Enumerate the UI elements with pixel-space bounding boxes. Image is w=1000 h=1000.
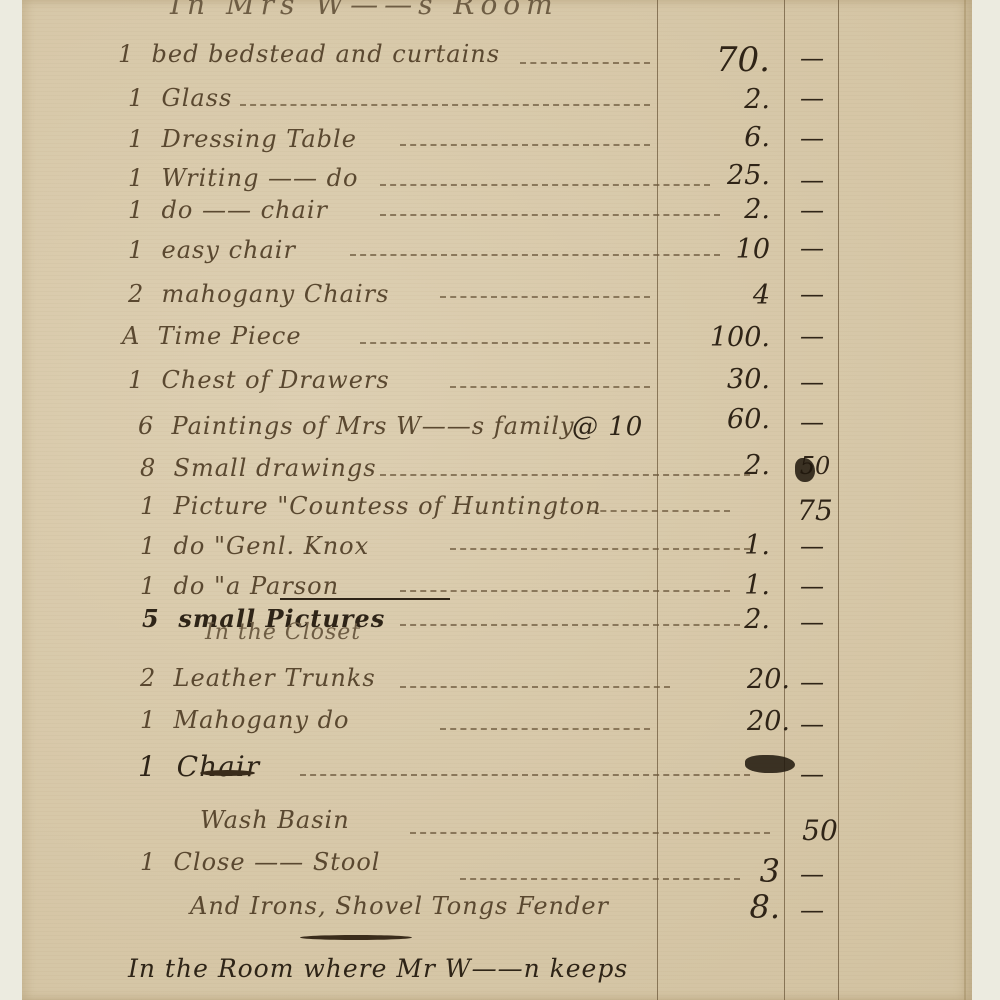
amount-cents: 50 [795, 814, 845, 847]
row-7: 2 mahogany Chairs [128, 280, 389, 308]
leader-dots [440, 296, 650, 298]
amount-dollars: 70. [660, 40, 770, 80]
amount-cents: — [787, 760, 837, 788]
row-14: 1 do "a Parson [140, 572, 339, 600]
leader-dots [240, 104, 650, 106]
amount-dollars: 2. [660, 194, 770, 225]
amount-cents: — [787, 124, 837, 152]
leader-dots [450, 386, 650, 388]
leader-dots [360, 342, 650, 344]
amount-dollars: 4 [660, 280, 770, 311]
leader-dots [520, 62, 650, 64]
leader-dots [400, 144, 650, 146]
ink-strike [200, 770, 255, 776]
amount-cents: — [787, 896, 837, 924]
amount-cents: — [787, 668, 837, 696]
amount-dollars: 3 [670, 852, 780, 890]
leader-dots [590, 510, 730, 512]
row-2: 1 Glass [128, 84, 232, 112]
section-heading: In Mrs W——s Room [170, 0, 559, 21]
leader-dots [410, 832, 770, 834]
amount-cents: — [787, 196, 837, 224]
amount-dollars: 10 [660, 234, 770, 265]
amount-dollars: 20. [680, 664, 790, 695]
row-21: And Irons, Shovel Tongs Fender [190, 892, 609, 920]
amount-cents: — [787, 608, 837, 636]
amount-cents: — [787, 368, 837, 396]
section-divider-flourish [300, 935, 412, 940]
row-12: 1 Picture "Countess of Huntington [140, 492, 602, 520]
amount-cents: — [787, 166, 837, 194]
amount-dollars: 20. [680, 706, 790, 737]
amount-dollars: 2. [660, 450, 770, 481]
subsection-heading: In the Closet [205, 620, 361, 645]
column-rule-left [657, 0, 658, 1000]
row-16: 2 Leather Trunks [140, 664, 376, 692]
amount-dollars: 8. [670, 888, 780, 926]
amount-dollars: 2. [660, 84, 770, 115]
amount-dollars: 6. [660, 122, 770, 153]
amount-dollars: 2. [660, 604, 770, 635]
row-13: 1 do "Genl. Knox [140, 532, 369, 560]
amount-cents: — [787, 572, 837, 600]
amount-cents: — [787, 84, 837, 112]
row-5: 1 do —— chair [128, 196, 328, 224]
row-3: 1 Dressing Table [128, 125, 357, 153]
row-6: 1 easy chair [128, 236, 296, 264]
amount-dollars: 60. [660, 404, 770, 435]
row-1: 1 bed bedstead and curtains [118, 40, 500, 68]
amount-cents: — [787, 44, 837, 72]
amount-cents: — [787, 710, 837, 738]
row-17: 1 Mahogany do [140, 706, 349, 734]
leader-dots [400, 686, 670, 688]
row-19: Wash Basin [200, 806, 350, 834]
amount-dollars: 1. [660, 570, 770, 601]
row-4: 1 Writing —— do [128, 164, 359, 192]
row-11: 8 Small drawings [140, 454, 377, 482]
amount-cents: — [787, 322, 837, 350]
amount-dollars: 30. [660, 364, 770, 395]
amount-dollars: 100. [660, 322, 770, 353]
amount-cents: — [787, 860, 837, 888]
amount-cents: — [787, 532, 837, 560]
column-rule-middle [784, 0, 785, 1000]
row-18: 1 Chair [138, 750, 260, 783]
row-20: 1 Close —— Stool [140, 848, 380, 876]
amount-dollars: 25. [660, 160, 770, 191]
next-section-heading: In the Room where Mr W——n keeps [128, 954, 628, 983]
amount-cents: — [787, 234, 837, 262]
amount-cents: — [787, 408, 837, 436]
unit-price-note: @ 10 [572, 412, 643, 442]
amount-cents: — [787, 280, 837, 308]
leader-dots [440, 728, 650, 730]
row-9: 1 Chest of Drawers [128, 366, 390, 394]
amount-dollars: 1. [660, 530, 770, 561]
leader-dots [300, 774, 750, 776]
row-8: A Time Piece [122, 322, 302, 350]
underline-stroke [280, 598, 450, 600]
ink-blot [795, 458, 815, 482]
row-10: 6 Paintings of Mrs W——s family [138, 412, 575, 440]
amount-cents: 75 [790, 494, 840, 527]
